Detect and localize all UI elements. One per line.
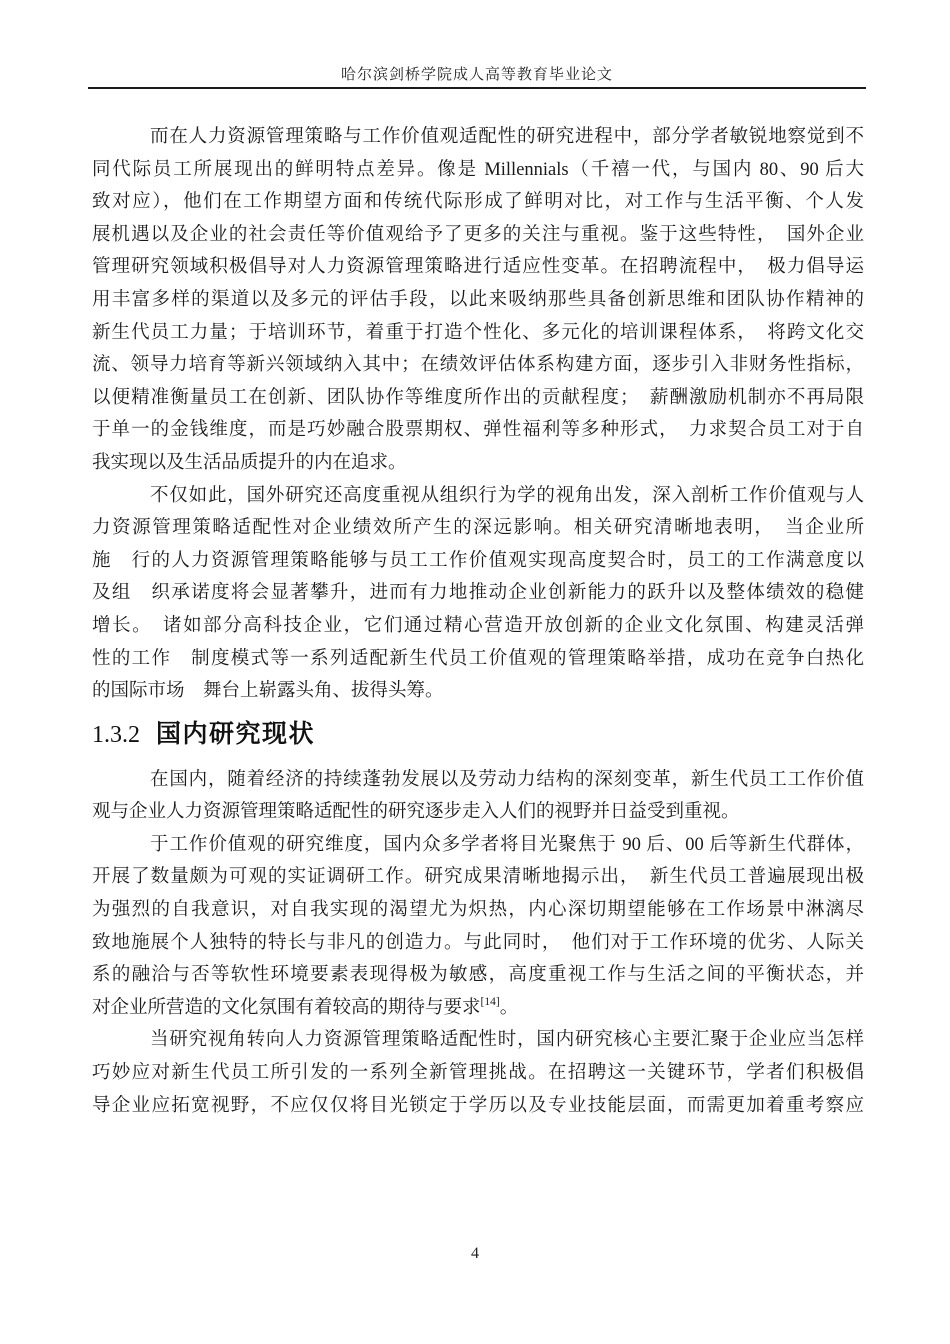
text-line: 展机遇以及企业的社会责任等价值观给予了更多的关注与重视。鉴于这些特性， 国外企业 bbox=[92, 219, 864, 252]
text-line: 我实现以及生活品质提升的内在追求。 bbox=[92, 447, 864, 480]
text-line: 用丰富多样的渠道以及多元的评估手段，以此来吸纳那些具备创新思维和团队协作精神的 bbox=[92, 284, 864, 317]
text-line: 观与企业人力资源管理策略适配性的研究逐步走入人们的视野并日益受到重视。 bbox=[92, 796, 864, 829]
text-line: 开展了数量颇为可观的实证调研工作。研究成果清晰地揭示出， 新生代员工普遍展现出极 bbox=[92, 861, 864, 894]
text-line: 新生代员工力量；于培训环节，着重于打造个性化、多元化的培训课程体系， 将跨文化交 bbox=[92, 317, 864, 350]
page-number: 4 bbox=[0, 1245, 950, 1263]
text-line: 系的融洽与否等软性环境要素表现得极为敏感，高度重视工作与生活之间的平衡状态，并 bbox=[92, 959, 864, 992]
text-line: 致地施展个人独特的特长与非凡的创造力。与此同时， 他们对于工作环境的优劣、人际关 bbox=[92, 927, 864, 960]
header-divider bbox=[88, 87, 866, 89]
text-line: 同代际员工所展现出的鲜明特点差异。像是 Millennials（千禧一代，与国内… bbox=[92, 154, 864, 187]
text-line: 力资源管理策略适配性对企业绩效所产生的深远影响。相关研究清晰地表明， 当企业所 bbox=[92, 512, 864, 545]
text-line: 巧妙应对新生代员工所引发的一系列全新管理挑战。在招聘这一关键环节，学者们积极倡 bbox=[92, 1057, 864, 1090]
text-line: 流、领导力培育等新兴领域纳入其中；在绩效评估体系构建方面，逐步引入非财务性指标， bbox=[92, 349, 864, 382]
text-line: 而在人力资源管理策略与工作价值观适配性的研究进程中，部分学者敏锐地察觉到不 bbox=[92, 121, 864, 154]
text-segment: 对企业所营造的文化氛围有着较高的期待与要求 bbox=[92, 998, 481, 1018]
section-heading: 1.3.2国内研究现状 bbox=[92, 712, 864, 756]
text-segment: 。 bbox=[500, 998, 519, 1018]
text-line: 的国际市场 舞台上崭露头角、拔得头筹。 bbox=[92, 675, 864, 708]
text-line: 于单一的金钱维度，而是巧妙融合股票期权、弹性福利等多种形式， 力求契合员工对于自 bbox=[92, 414, 864, 447]
text-line: 性的工作 制度模式等一系列适配新生代员工价值观的管理策略举措，成功在竞争白热化 bbox=[92, 643, 864, 676]
text-line: 施 行的人力资源管理策略能够与员工工作价值观实现高度契合时，员工的工作满意度以 bbox=[92, 545, 864, 578]
running-header: 哈尔滨剑桥学院成人高等教育毕业论文 bbox=[88, 63, 866, 84]
text-line: 增长。 诸如部分高科技企业，它们通过精心营造开放创新的企业文化氛围、构建灵活弹 bbox=[92, 610, 864, 643]
section-number: 1.3.2 bbox=[92, 722, 140, 748]
text-line: 导企业应拓宽视野，不应仅仅将目光锁定于学历以及专业技能层面，而需更加着重考察应 bbox=[92, 1090, 864, 1123]
citation-ref: [14] bbox=[481, 996, 500, 1008]
section-title: 国内研究现状 bbox=[156, 720, 315, 748]
text-line: 致对应），他们在工作期望方面和传统代际形成了鲜明对比，对工作与生活平衡、个人发 bbox=[92, 186, 864, 219]
text-line: 及组 织承诺度将会显著攀升，进而有力地推动企业创新能力的跃升以及整体绩效的稳健 bbox=[92, 577, 864, 610]
text-line: 当研究视角转向人力资源管理策略适配性时，国内研究核心主要汇聚于企业应当怎样 bbox=[92, 1024, 864, 1057]
text-line: 管理研究领域积极倡导对人力资源管理策略进行适应性变革。在招聘流程中， 极力倡导运 bbox=[92, 251, 864, 284]
text-line: 不仅如此，国外研究还高度重视从组织行为学的视角出发，深入剖析工作价值观与人 bbox=[92, 480, 864, 513]
text-line: 于工作价值观的研究维度，国内众多学者将目光聚焦于 90 后、00 后等新生代群体… bbox=[92, 829, 864, 862]
text-line: 以便精准衡量员工在创新、团队协作等维度所作出的贡献程度； 薪酬激励机制亦不再局限 bbox=[92, 382, 864, 415]
text-line: 为强烈的自我意识，对自我实现的渴望尤为炽热，内心深切期望能够在工作场景中淋漓尽 bbox=[92, 894, 864, 927]
text-line: 在国内，随着经济的持续蓬勃发展以及劳动力结构的深刻变革，新生代员工工作价值 bbox=[92, 764, 864, 797]
document-page: 哈尔滨剑桥学院成人高等教育毕业论文 而在人力资源管理策略与工作价值观适配性的研究… bbox=[0, 0, 950, 1344]
document-body: 而在人力资源管理策略与工作价值观适配性的研究进程中，部分学者敏锐地察觉到不 同代… bbox=[92, 121, 864, 1122]
text-line: 对企业所营造的文化氛围有着较高的期待与要求[14]。 bbox=[92, 992, 864, 1025]
